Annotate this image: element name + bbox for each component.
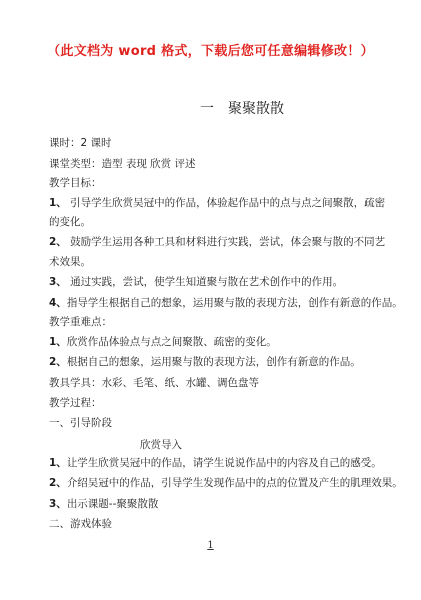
key-point-2: 2、根据自己的想象，运用聚与散的表现方法，创作有新意的作品。 (49, 355, 361, 369)
process-heading: 教学过程： (49, 396, 102, 410)
editable-notice: （此文档为 word 格式，下载后您可任意编辑修改！） (0, 40, 421, 59)
lesson-number: 一 (200, 101, 214, 117)
teaching-tools: 教具学具：水彩、毛笔、纸、水罐、调色盘等 (49, 376, 259, 390)
class-type: 课堂类型：造型 表现 欣赏 评述 (49, 157, 196, 171)
goal-1: 1、 引导学生欣赏吴冠中的作品，体验起作品中的点与点之间聚散，疏密 (49, 196, 385, 210)
goal-1-cont: 的变化。 (49, 215, 91, 229)
stage-1-step-1: 1、让学生欣赏吴冠中的作品，请学生说说作品中的内容及自己的感受。 (49, 456, 382, 470)
stage-1-step-2: 2、介绍吴冠中的作品，引导学生发现作品中的点的位置及产生的肌理效果。 (49, 476, 403, 490)
lesson-title-text: 聚聚散散 (228, 101, 284, 117)
goal-3: 3、 通过实践，尝试，使学生知道聚与散在艺术创作中的作用。 (49, 275, 343, 289)
goals-heading: 教学目标： (49, 176, 102, 190)
lesson-title: 一聚聚散散 (200, 98, 284, 118)
stage-1-step-3: 3、出示课题--聚聚散散 (49, 497, 158, 511)
goal-2: 2、 鼓励学生运用各种工具和材料进行实践，尝试，体会聚与散的不同艺 (49, 235, 385, 249)
key-points-heading: 教学重难点： (49, 315, 112, 329)
key-point-1: 1、欣赏作品体验点与点之间聚散、疏密的变化。 (49, 335, 277, 349)
stage-2-heading: 二、游戏体验 (49, 517, 112, 531)
goal-4: 4、指导学生根据自己的想象，运用聚与散的表现方法，创作有新意的作品。 (49, 296, 403, 310)
page-number: 1 (0, 540, 421, 551)
goal-2-cont: 术效果。 (49, 255, 91, 269)
class-hours: 课时：2 课时 (49, 136, 112, 150)
stage-1-heading: 一、引导阶段 (49, 416, 112, 430)
appreciation-intro: 欣赏导入 (140, 437, 182, 452)
